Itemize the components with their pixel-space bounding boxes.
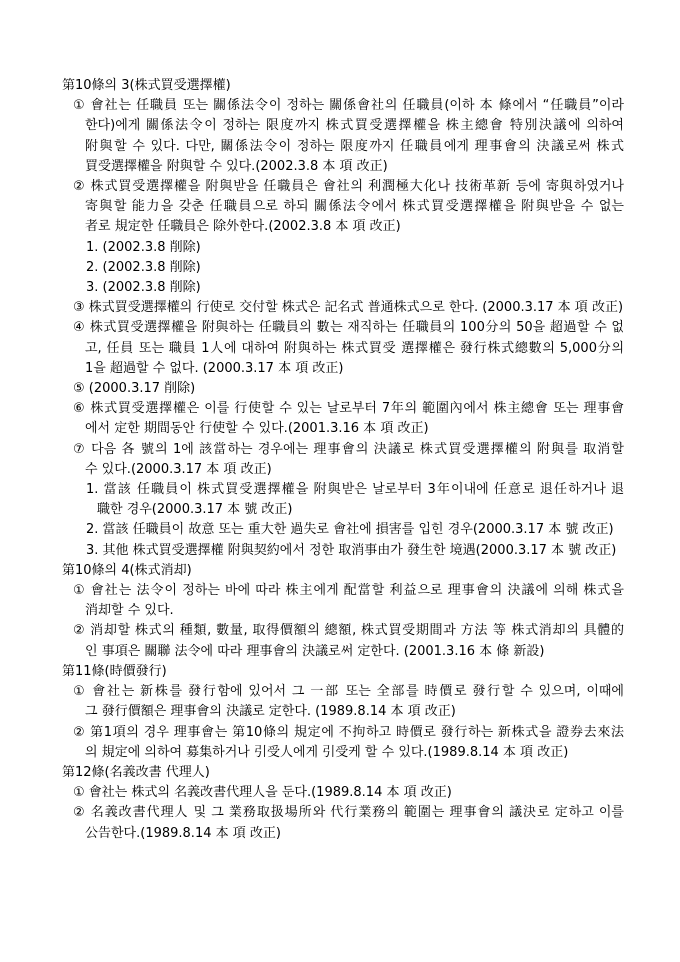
clause-line: ② 名義改書代理人 및 그 業務取扱場所와 代行業務의 範圍는 理事會의 議決로… bbox=[73, 803, 624, 823]
clause-line: ③ 株式買受選擇權의 行使로 交付할 株式은 記名式 普通株式으로 한다. (2… bbox=[73, 298, 624, 318]
article-heading: 第10條의 4(株式消却) bbox=[62, 561, 624, 581]
document-page: 第10條의 3(株式買受選擇權)① 會社는 任職員 또는 關係法令이 정하는 關… bbox=[0, 0, 680, 962]
clause-line: ② 消却할 株式의 種類, 數量, 取得價額의 總額, 株式買受期間과 方法 等… bbox=[73, 621, 624, 641]
clause-line: 2. (2002.3.8 削除) bbox=[86, 258, 624, 278]
clause-line: 職한 경우(2000.3.17 本 號 改正) bbox=[97, 500, 624, 520]
article-heading: 第12條(名義改書 代理人) bbox=[62, 763, 624, 783]
article-heading: 第10條의 3(株式買受選擇權) bbox=[62, 76, 624, 96]
clause-line: 2. 當該 任職員이 故意 또는 重大한 過失로 會社에 損害를 입힌 경우(2… bbox=[86, 520, 624, 540]
clause-line: ① 會社는 新株를 發行함에 있어서 그 一部 또는 全部를 時價로 發行할 수… bbox=[73, 682, 624, 702]
clause-line: 고, 任員 또는 職員 1人에 대하여 附與하는 株式買受 選擇權은 發行株式總… bbox=[85, 339, 624, 359]
clause-line: 者로 規定한 任職員은 除外한다.(2002.3.8 本 項 改正) bbox=[85, 217, 624, 237]
clause-line: ① 會社는 任職員 또는 關係法令이 정하는 關係會社의 任職員(이하 本 條에… bbox=[73, 96, 624, 116]
clause-line: 한다)에게 關係法令이 정하는 限度까지 株式買受選擇權을 株主總會 特別決議에… bbox=[85, 116, 624, 136]
clause-line: 1을 超過할 수 없다. (2000.3.17 本 項 改正) bbox=[85, 359, 624, 379]
clause-line: 의 規定에 의하여 募集하거나 引受人에게 引受케 할 수 있다.(1989.8… bbox=[85, 743, 624, 763]
clause-line: ⑦ 다음 各 號의 1에 該當하는 경우에는 理事會의 決議로 株式買受選擇權의… bbox=[73, 440, 624, 460]
clause-line: 附與할 수 있다. 다만, 關係法令이 정하는 限度까지 任職員에게 理事會의 … bbox=[85, 137, 624, 157]
clause-line: 인 事項은 關聯 法令에 따라 理事會의 決議로써 定한다. (2001.3.1… bbox=[85, 642, 624, 662]
clause-line: ② 株式買受選擇權을 附與받을 任職員은 會社의 利潤極大化나 技術革新 등에 … bbox=[73, 177, 624, 197]
clause-line: 公告한다.(1989.8.14 本 項 改正) bbox=[85, 824, 624, 844]
document-body: 第10條의 3(株式買受選擇權)① 會社는 任職員 또는 關係法令이 정하는 關… bbox=[62, 76, 624, 844]
article-heading: 第11條(時價發行) bbox=[62, 662, 624, 682]
clause-line: 寄與할 能力을 갖춘 任職員으로 하되 關係法令에서 株式買受選擇權을 附與받을… bbox=[85, 197, 624, 217]
clause-line: ② 第1項의 경우 理事會는 第10條의 規定에 不拘하고 時價로 發行하는 新… bbox=[73, 723, 624, 743]
clause-line: 수 있다.(2000.3.17 本 項 改正) bbox=[85, 460, 624, 480]
clause-line: 消却할 수 있다. bbox=[85, 601, 624, 621]
clause-line: 에서 定한 期間동안 行使할 수 있다.(2001.3.16 本 項 改正) bbox=[85, 419, 624, 439]
clause-line: ⑤ (2000.3.17 削除) bbox=[73, 379, 624, 399]
clause-line: 1. 當該 任職員이 株式買受選擇權을 附與받은 날로부터 3年이내에 任意로 … bbox=[86, 480, 624, 500]
clause-line: ⑥ 株式買受選擇權은 이를 行使할 수 있는 날로부터 7年의 範圍內에서 株主… bbox=[73, 399, 624, 419]
clause-line: ④ 株式買受選擇權을 附與하는 任職員의 數는 재직하는 任職員의 100分의 … bbox=[73, 318, 624, 338]
clause-line: ① 會社는 株式의 名義改書代理人을 둔다.(1989.8.14 本 項 改正) bbox=[73, 783, 624, 803]
clause-line: 3. (2002.3.8 削除) bbox=[86, 278, 624, 298]
clause-line: ① 會社는 法令이 정하는 바에 따라 株主에게 配當할 利益으로 理事會의 決… bbox=[73, 581, 624, 601]
clause-line: 그 發行價額은 理事會의 決議로 定한다. (1989.8.14 本 項 改正) bbox=[85, 702, 624, 722]
clause-line: 3. 其他 株式買受選擇權 附與契約에서 정한 取消事由가 發生한 境遇(200… bbox=[86, 541, 624, 561]
clause-line: 1. (2002.3.8 削除) bbox=[86, 238, 624, 258]
clause-line: 買受選擇權을 附與할 수 있다.(2002.3.8 本 項 改正) bbox=[85, 157, 624, 177]
